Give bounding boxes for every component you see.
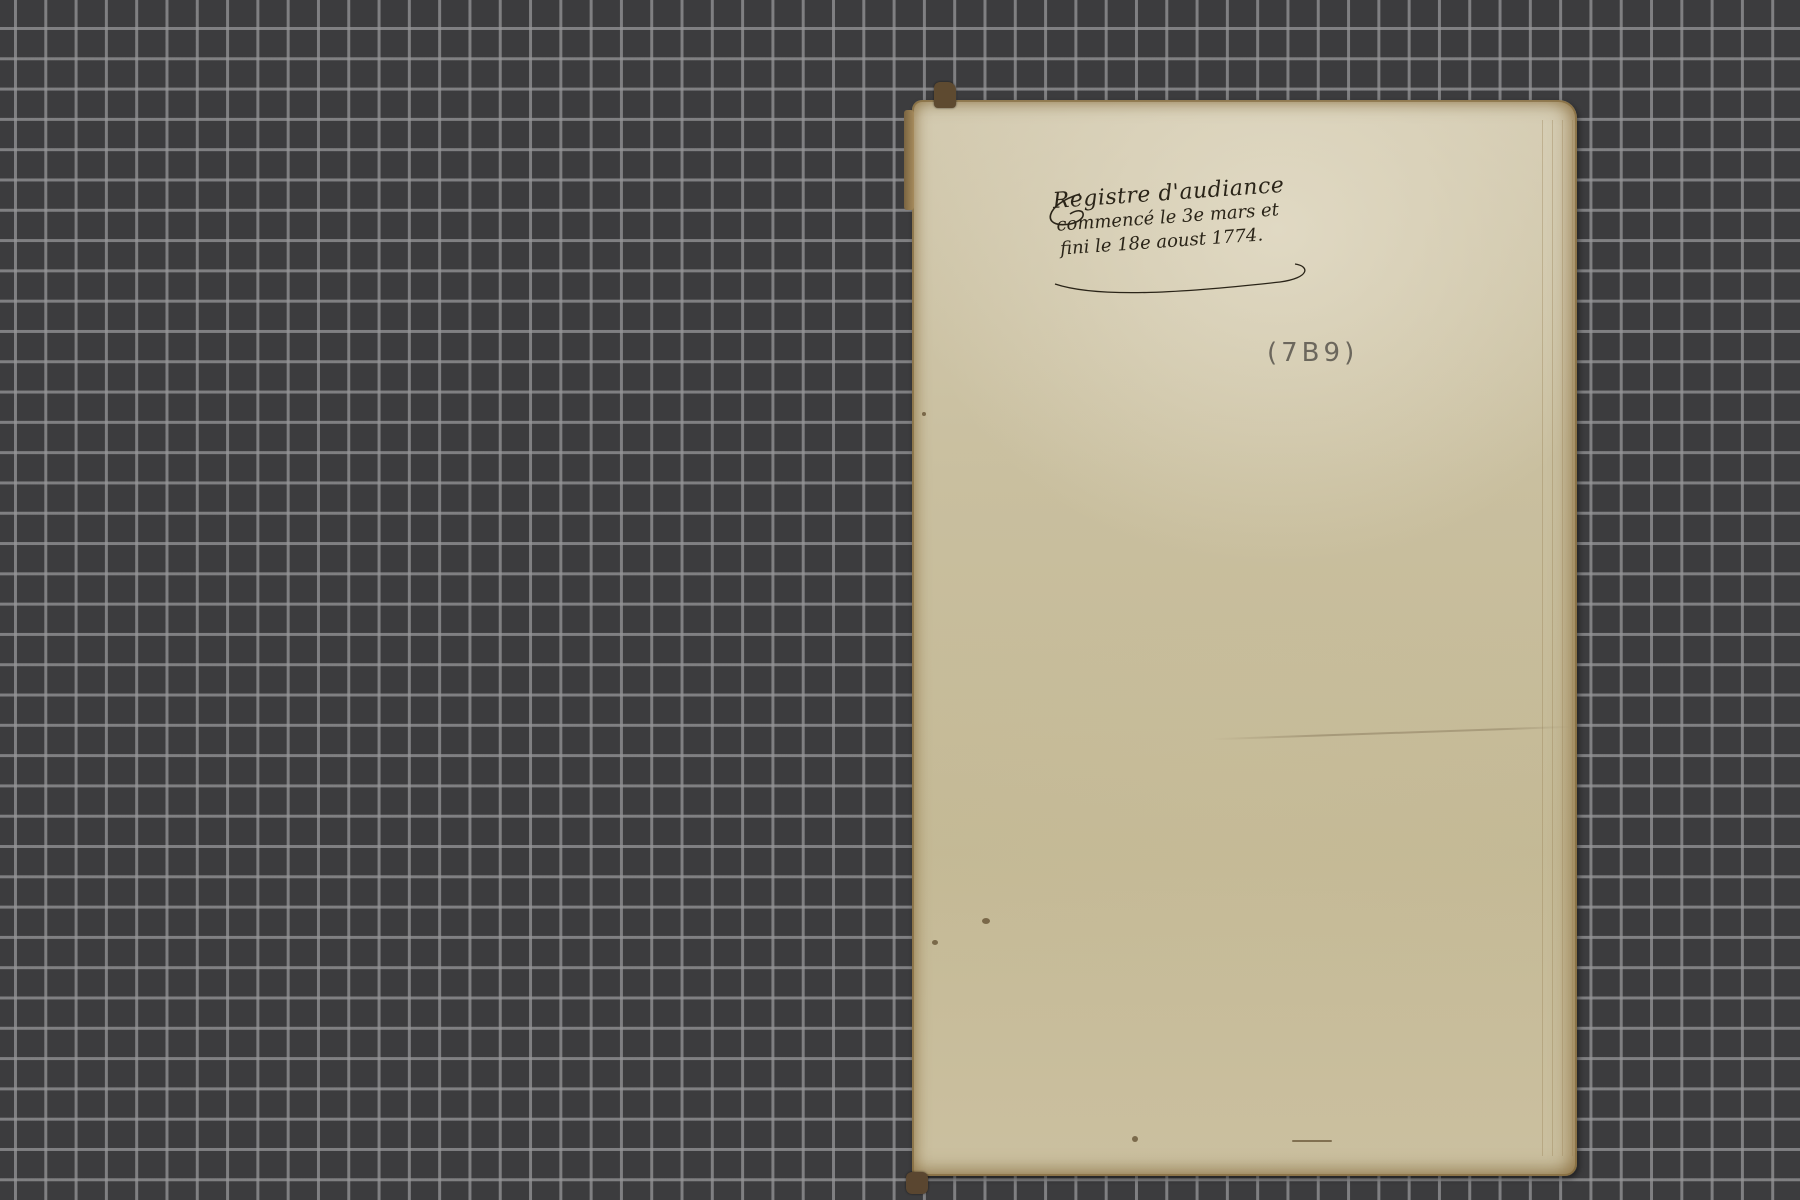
ink-spot [922,412,926,416]
archival-register-cover: Registre d'audiance commencé le 3e mars … [912,100,1577,1176]
page-edge-layers [1533,120,1573,1156]
fold-crease [1212,726,1572,741]
ink-spot [1292,1140,1332,1142]
binding-tie-bottom [906,1172,928,1194]
ink-spot [1132,1136,1138,1142]
ink-spot [932,940,938,945]
ink-spot [982,918,990,924]
binding-spine [904,110,914,210]
binding-tie-top [934,82,956,108]
pencil-call-number: (7B9) [1267,338,1358,368]
